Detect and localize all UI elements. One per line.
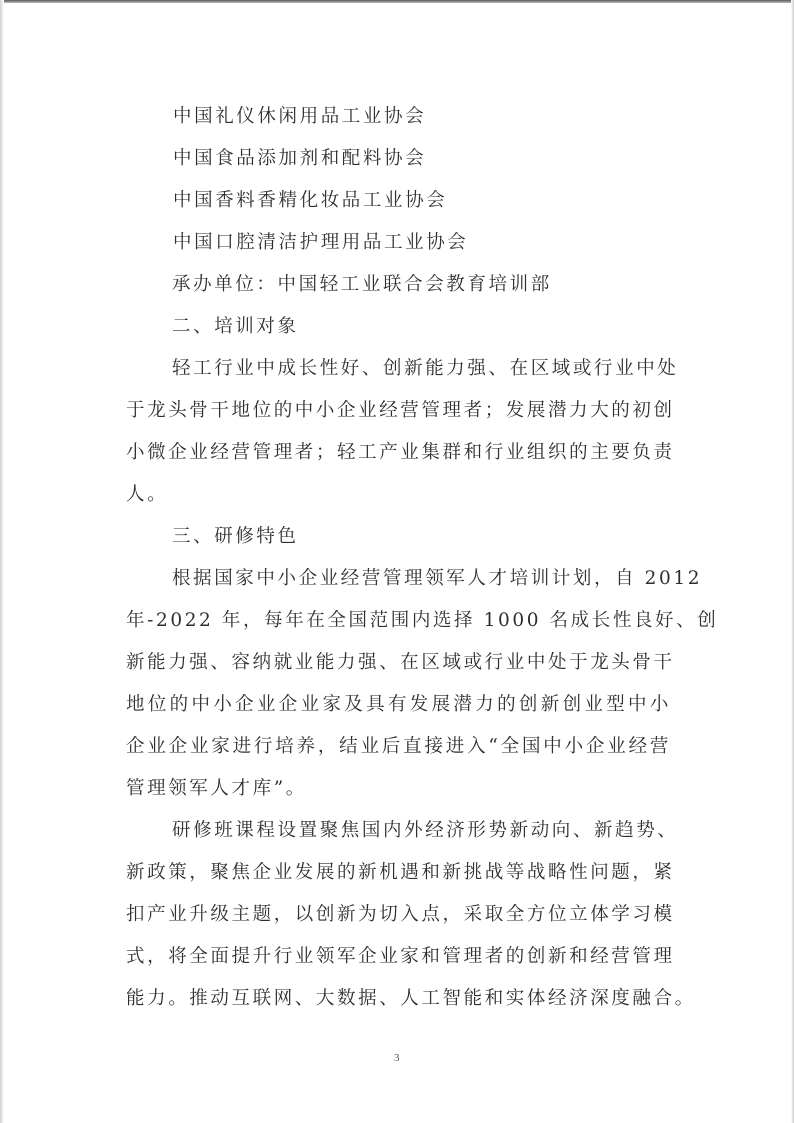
document-page: 中国礼仪休闲用品工业协会 中国食品添加剂和配料协会 中国香料香精化妆品工业协会 … — [126, 96, 671, 1020]
program-features-paragraph-2: 研修班课程设置聚焦国内外经济形势新动向、新趋势、 新政策，聚焦企业发展的新机遇和… — [126, 810, 671, 1020]
training-targets-paragraph: 轻工行业中成长性好、创新能力强、在区域或行业中处 于龙头骨干地位的中小企业经营管… — [126, 348, 671, 516]
program-features-paragraph-1: 根据国家中小企业经营管理领军人才培训计划，自 2012 年-2022 年，每年在… — [126, 558, 671, 810]
section-heading-training-targets: 二、培训对象 — [126, 306, 671, 348]
paragraph-line: 根据国家中小企业经营管理领军人才培训计划，自 2012 — [126, 558, 671, 600]
paragraph-line: 新政策，聚焦企业发展的新机遇和新挑战等战略性问题，紧 — [126, 852, 671, 894]
paragraph-line: 新能力强、容纳就业能力强、在区域或行业中处于龙头骨干 — [126, 642, 671, 684]
organizer-line: 中国口腔清洁护理用品工业协会 — [126, 222, 671, 264]
scan-edge-top — [0, 0, 794, 3]
paragraph-line: 轻工行业中成长性好、创新能力强、在区域或行业中处 — [126, 348, 671, 390]
paragraph-line: 企业企业家进行培养，结业后直接进入“全国中小企业经营 — [126, 726, 671, 768]
organizer-line: 中国食品添加剂和配料协会 — [126, 138, 671, 180]
paragraph-line: 地位的中小企业企业家及具有发展潜力的创新创业型中小 — [126, 684, 671, 726]
paragraph-line: 人。 — [126, 474, 671, 516]
paragraph-line: 能力。推动互联网、大数据、人工智能和实体经济深度融合。 — [126, 978, 671, 1020]
paragraph-line: 式，将全面提升行业领军企业家和管理者的创新和经营管理 — [126, 936, 671, 978]
organizer-line: 中国香料香精化妆品工业协会 — [126, 180, 671, 222]
section-heading-program-features: 三、研修特色 — [126, 516, 671, 558]
host-unit: 承办单位：中国轻工业联合会教育培训部 — [126, 264, 671, 306]
paragraph-line: 研修班课程设置聚焦国内外经济形势新动向、新趋势、 — [126, 810, 671, 852]
paragraph-line: 于龙头骨干地位的中小企业经营管理者；发展潜力大的初创 — [126, 390, 671, 432]
paragraph-line: 管理领军人才库”。 — [126, 768, 671, 810]
paragraph-line: 小微企业经营管理者；轻工产业集群和行业组织的主要负责 — [126, 432, 671, 474]
paragraph-line: 扣产业升级主题，以创新为切入点，采取全方位立体学习模 — [126, 894, 671, 936]
scan-edge-left — [0, 0, 4, 1123]
paragraph-line: 年-2022 年，每年在全国范围内选择 1000 名成长性良好、创 — [126, 600, 671, 642]
page-number: 3 — [394, 1052, 400, 1064]
organizer-line: 中国礼仪休闲用品工业协会 — [126, 96, 671, 138]
